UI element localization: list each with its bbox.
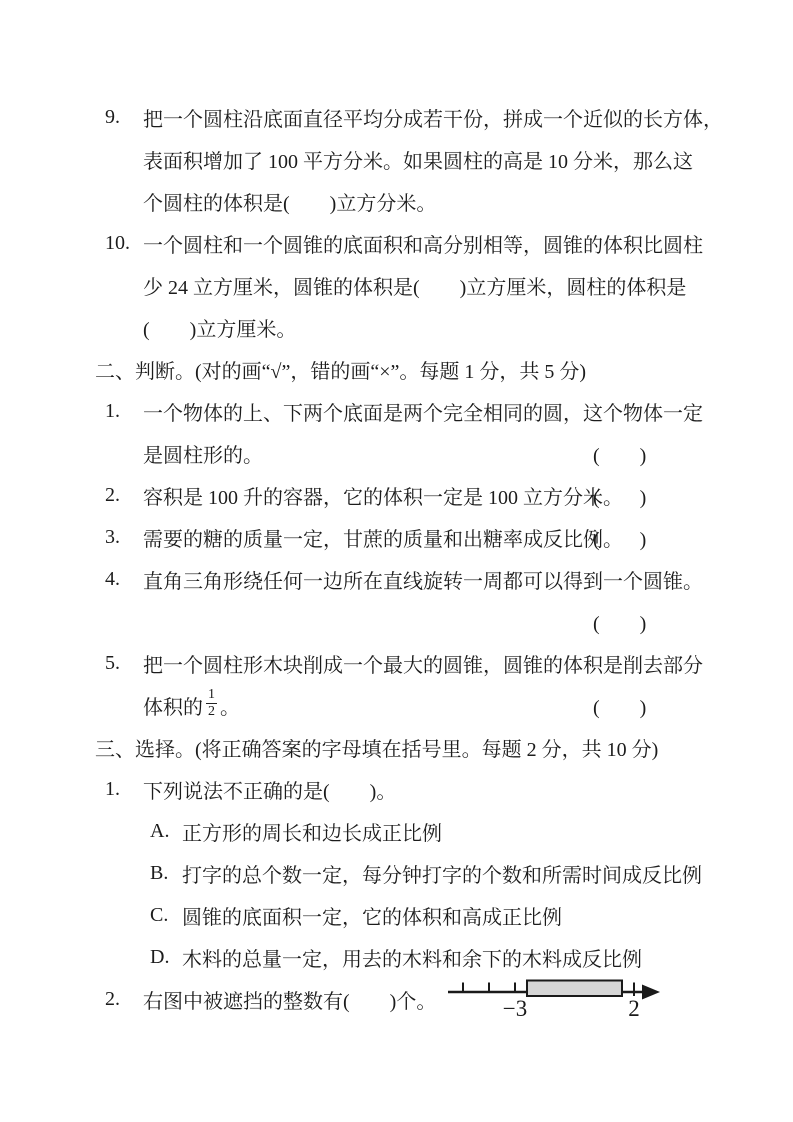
question-text: 一个物体的上、下两个底面是两个完全相同的圆，这个物体一定: [143, 397, 703, 426]
fraction-one-half: 1 2: [206, 687, 217, 719]
question-text: 下列说法不正确的是( )。: [143, 775, 396, 804]
choice-q1-option-d: D. 木料的总量一定，用去的木料和余下的木料成反比例: [0, 936, 793, 978]
question-text: 表面积增加了 100 平方分米。如果圆柱的高是 10 分米，那么这: [143, 145, 693, 174]
question-text: 个圆柱的体积是( )立方分米。: [143, 187, 436, 216]
judge-q2-line-1: 2. 容积是 100 升的容器，它的体积一定是 100 立方分米。 ( ): [0, 474, 793, 516]
question-text: ( )立方厘米。: [143, 313, 296, 342]
fill-q9-line-1: 9. 把一个圆柱沿底面直径平均分成若干份，拼成一个近似的长方体，: [0, 96, 793, 138]
judge-q5-line-2: 体积的 1 2 。 ( ): [0, 684, 793, 726]
question-number: 1.: [105, 400, 143, 423]
question-number: 9.: [105, 106, 143, 129]
judge-q4-answer-line: ( ): [0, 600, 793, 642]
option-letter: B.: [150, 862, 182, 885]
answer-blank: ( ): [593, 684, 646, 726]
option-text: 正方形的周长和边长成正比例: [182, 817, 442, 846]
section-title: 二、判断。(对的画“√”，错的画“×”。每题 1 分，共 5 分): [95, 355, 586, 384]
answer-blank: ( ): [593, 474, 646, 516]
number-line-figure: −3 2: [442, 958, 672, 1030]
question-number: 1.: [105, 778, 143, 801]
question-text: 体积的: [143, 691, 203, 720]
covering-box: [527, 981, 622, 997]
fraction-denominator: 2: [206, 704, 217, 719]
judge-q5-line-1: 5. 把一个圆柱形木块削成一个最大的圆锥，圆锥的体积是削去部分: [0, 642, 793, 684]
question-number: 2.: [105, 484, 143, 507]
option-text: 打字的总个数一定，每分钟打字的个数和所需时间成反比例: [182, 859, 702, 888]
question-text: 把一个圆柱沿底面直径平均分成若干份，拼成一个近似的长方体，: [143, 103, 723, 132]
question-text: 右图中被遮挡的整数有( )个。: [143, 985, 436, 1014]
judge-q4-line-1: 4. 直角三角形绕任何一边所在直线旋转一周都可以得到一个圆锥。: [0, 558, 793, 600]
fill-q10-line-1: 10. 一个圆柱和一个圆锥的底面积和高分别相等，圆锥的体积比圆柱: [0, 222, 793, 264]
question-text: 把一个圆柱形木块削成一个最大的圆锥，圆锥的体积是削去部分: [143, 649, 703, 678]
question-text: 。: [220, 691, 240, 720]
fill-q10-line-3: ( )立方厘米。: [0, 306, 793, 348]
question-number: 4.: [105, 568, 143, 591]
section-title: 三、选择。(将正确答案的字母填在括号里。每题 2 分，共 10 分): [95, 733, 658, 762]
answer-blank: ( ): [593, 600, 646, 642]
fill-q9-line-3: 个圆柱的体积是( )立方分米。: [0, 180, 793, 222]
option-letter: C.: [150, 904, 182, 927]
axis-arrowhead-icon: [642, 985, 660, 1000]
judge-q3-line-1: 3. 需要的糖的质量一定，甘蔗的质量和出糖率成反比例。 ( ): [0, 516, 793, 558]
question-number: 3.: [105, 526, 143, 549]
choice-section-header: 三、选择。(将正确答案的字母填在括号里。每题 2 分，共 10 分): [0, 726, 793, 768]
fill-q9-line-2: 表面积增加了 100 平方分米。如果圆柱的高是 10 分米，那么这: [0, 138, 793, 180]
option-letter: A.: [150, 820, 182, 843]
option-text: 圆锥的底面积一定，它的体积和高成正比例: [182, 901, 562, 930]
tick-label-minus-3: −3: [503, 996, 527, 1021]
question-text: 需要的糖的质量一定，甘蔗的质量和出糖率成反比例。: [143, 523, 623, 552]
judge-section-header: 二、判断。(对的画“√”，错的画“×”。每题 1 分，共 5 分): [0, 348, 793, 390]
question-text: 容积是 100 升的容器，它的体积一定是 100 立方分米。: [143, 481, 623, 510]
choice-q1-option-c: C. 圆锥的底面积一定，它的体积和高成正比例: [0, 894, 793, 936]
fraction-numerator: 1: [206, 687, 217, 703]
judge-q1-line-2: 是圆柱形的。 ( ): [0, 432, 793, 474]
choice-q1-line: 1. 下列说法不正确的是( )。: [0, 768, 793, 810]
question-number: 5.: [105, 652, 143, 675]
answer-blank: ( ): [593, 432, 646, 474]
fill-q10-line-2: 少 24 立方厘米，圆锥的体积是( )立方厘米，圆柱的体积是: [0, 264, 793, 306]
question-text: 一个圆柱和一个圆锥的底面积和高分别相等，圆锥的体积比圆柱: [143, 229, 703, 258]
question-text: 直角三角形绕任何一边所在直线旋转一周都可以得到一个圆锥。: [143, 565, 703, 594]
choice-q2-line: 2. 右图中被遮挡的整数有( )个。: [0, 978, 793, 1020]
question-text: 是圆柱形的。: [143, 439, 263, 468]
judge-q1-line-1: 1. 一个物体的上、下两个底面是两个完全相同的圆，这个物体一定: [0, 390, 793, 432]
answer-blank: ( ): [593, 516, 646, 558]
question-text: 少 24 立方厘米，圆锥的体积是( )立方厘米，圆柱的体积是: [143, 271, 686, 300]
question-number: 10.: [105, 232, 143, 255]
choice-q1-option-b: B. 打字的总个数一定，每分钟打字的个数和所需时间成反比例: [0, 852, 793, 894]
tick-label-2: 2: [628, 996, 640, 1021]
question-number: 2.: [105, 988, 143, 1011]
exam-page: 9. 把一个圆柱沿底面直径平均分成若干份，拼成一个近似的长方体， 表面积增加了 …: [0, 0, 793, 1122]
option-letter: D.: [150, 946, 182, 969]
choice-q1-option-a: A. 正方形的周长和边长成正比例: [0, 810, 793, 852]
